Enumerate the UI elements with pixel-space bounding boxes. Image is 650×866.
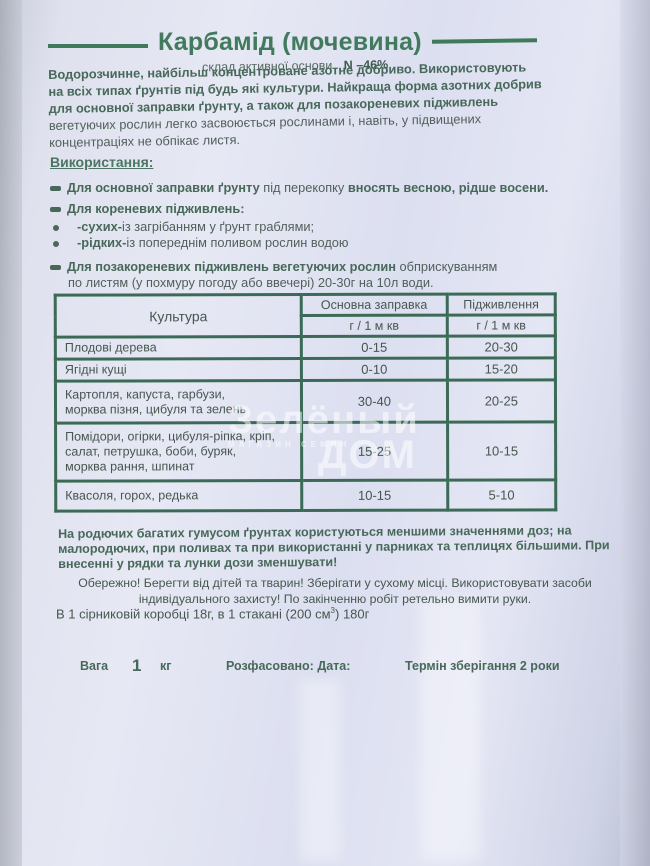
- col-header-feeding: Підживлення: [447, 294, 555, 315]
- feeding-dose-cell: 20-30: [447, 336, 555, 358]
- dosage-note: На родючих багатих гумусом ґрунтах корис…: [58, 523, 618, 572]
- title-row: Карбамід (мочевина): [48, 22, 618, 62]
- packed-date-label: Розфасовано: Дата:: [226, 659, 350, 673]
- table-row: Помідори, огірки, цибуля-ріпка, кріп,сал…: [56, 422, 556, 481]
- usage-foliar: Для позакореневих підживлень вегетуючих …: [50, 259, 497, 274]
- measure-text: В 1 сірниковій коробці 18г, в 1 стакані: [56, 606, 282, 621]
- fertilizer-label: Карбамід (мочевина) склад активної основ…: [0, 0, 650, 866]
- title-rule-left: [48, 44, 148, 48]
- table-row: Картопля, капуста, гарбузи,морква пізня,…: [55, 380, 555, 423]
- main-dose-cell: 0-10: [301, 358, 447, 380]
- measure-text2: ) 180г: [335, 606, 369, 621]
- root-item-text: із попереднім поливом рослин водою: [126, 235, 348, 250]
- root-feeding-heading: Для кореневих підживлень:: [67, 201, 245, 216]
- table-row: Ягідні кущі0-1015-20: [55, 358, 555, 381]
- foliar-bold: Для позакореневих підживлень вегетуючих …: [67, 259, 396, 274]
- crop-cell: Ягідні кущі: [55, 359, 301, 382]
- fold-highlight: [300, 680, 340, 860]
- intro-paragraph: Водорозчинне, найбільш концентроване азо…: [48, 58, 589, 151]
- main-dose-cell: 15-25: [302, 422, 448, 480]
- crop-cell: Квасоля, горох, редька: [56, 481, 302, 512]
- measure-volume: (200 см: [285, 606, 330, 621]
- root-feeding-item: -сухих-із загрібанням у ґрунт граблями;: [50, 219, 314, 234]
- measure-equivalents: В 1 сірниковій коробці 18г, в 1 стакані …: [56, 606, 369, 621]
- feeding-dose-cell: 20-25: [447, 380, 555, 422]
- product-title: Карбамід (мочевина): [158, 28, 422, 57]
- unit-main: г / 1 м кв: [301, 315, 447, 336]
- dose-table: Культура Основна заправка Підживлення г …: [54, 292, 558, 512]
- main-dose-cell: 10-15: [302, 480, 448, 510]
- safety-warning: Обережно! Берегти від дітей та тварин! З…: [55, 575, 615, 607]
- unit-feeding: г / 1 м кв: [447, 315, 555, 336]
- main-dressing-timing: вносять весною, рідше восени.: [348, 180, 548, 195]
- title-rule-right: [432, 38, 537, 43]
- main-dressing-text: під перекопку: [260, 180, 348, 195]
- crop-cell: Помідори, огірки, цибуля-ріпка, кріп,сал…: [56, 423, 302, 482]
- usage-root-feeding: Для кореневих підживлень:: [50, 201, 245, 216]
- root-item-bold: -рідких-: [77, 235, 126, 250]
- dash-bullet-icon: [50, 265, 61, 270]
- dash-bullet-icon: [50, 207, 61, 212]
- crop-cell: Плодові дерева: [55, 337, 301, 360]
- weight-value: 1: [132, 656, 141, 676]
- feeding-dose-cell: 10-15: [447, 422, 556, 480]
- main-dressing-bold: Для основної заправки ґрунту: [67, 180, 260, 195]
- weight-unit: кг: [160, 659, 171, 673]
- main-dose-cell: 30-40: [302, 380, 448, 422]
- table-row: Квасоля, горох, редька10-155-10: [56, 480, 556, 511]
- root-item-text: із загрібанням у ґрунт граблями;: [122, 219, 314, 234]
- col-header-main: Основна заправка: [301, 294, 447, 315]
- foliar-text: обприскуванням: [396, 259, 497, 274]
- usage-heading: Використання:: [50, 154, 153, 170]
- shelf-life: Термін зберігання 2 роки: [405, 659, 560, 673]
- feeding-dose-cell: 15-20: [447, 358, 555, 380]
- shadow-left: [0, 0, 22, 866]
- foliar-dose-line: по листям (у похмуру погоду або ввечері)…: [68, 275, 434, 290]
- crop-cell: Картопля, капуста, гарбузи,морква пізня,…: [55, 381, 301, 424]
- usage-main-dressing: Для основної заправки ґрунту під перекоп…: [50, 180, 548, 195]
- dash-bullet-icon: [50, 186, 61, 191]
- weight-label: Вага: [80, 659, 108, 673]
- dot-bullet-icon: [53, 241, 59, 247]
- shadow-right: [620, 0, 650, 866]
- fold-highlight: [420, 600, 480, 860]
- table-row: Плодові дерева0-1520-30: [55, 336, 555, 359]
- col-header-crop: Культура: [55, 295, 301, 338]
- root-item-bold: -сухих-: [77, 219, 122, 234]
- dot-bullet-icon: [53, 225, 59, 231]
- feeding-dose-cell: 5-10: [447, 480, 555, 510]
- root-feeding-item: -рідких-із попереднім поливом рослин вод…: [50, 235, 349, 250]
- main-dose-cell: 0-15: [301, 336, 447, 358]
